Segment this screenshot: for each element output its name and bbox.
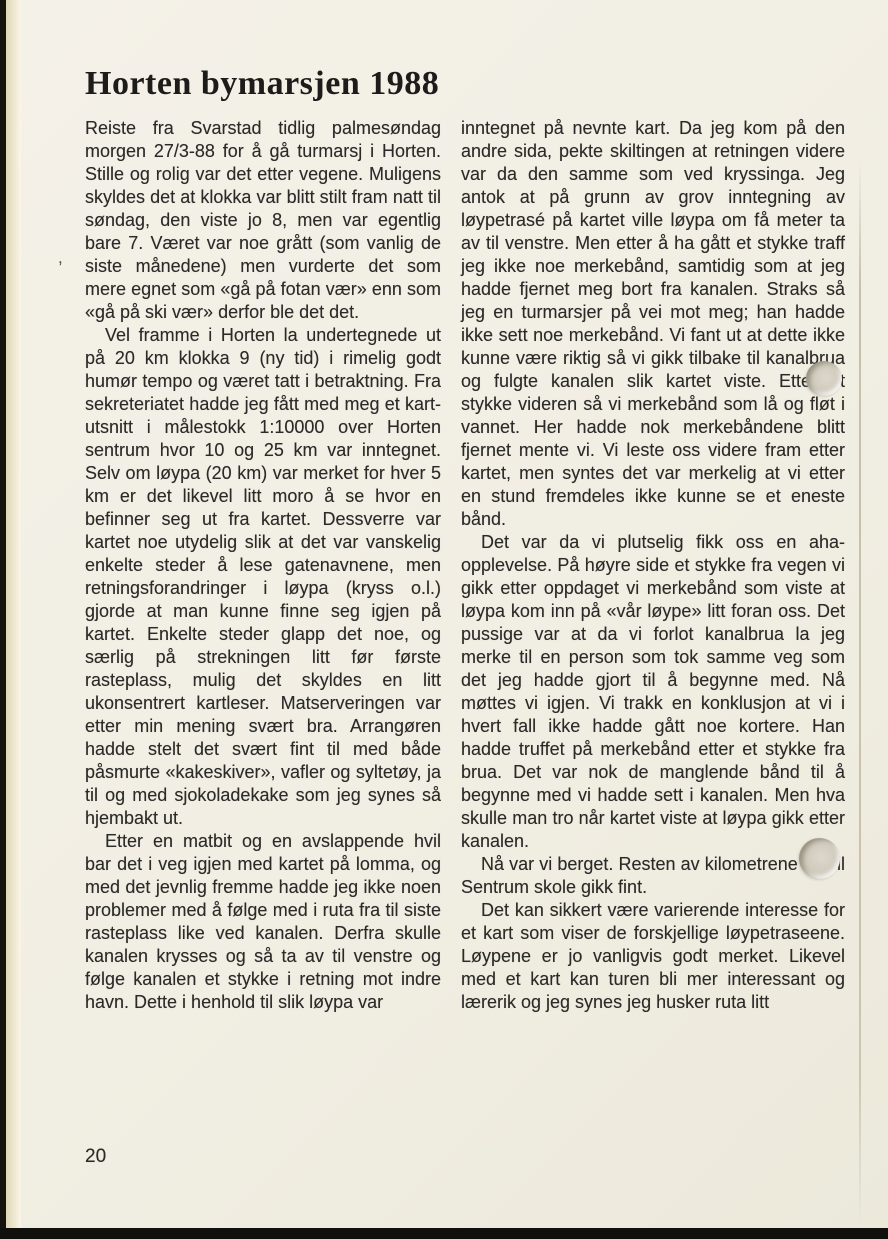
- scan-edge-left: [0, 0, 6, 1239]
- page-crease: [859, 160, 861, 1228]
- left-column: Reiste fra Svarstad tidlig palmesøndag m…: [85, 117, 441, 1014]
- page-number: 20: [85, 1146, 106, 1168]
- paragraph: Det kan sikkert være varierende interess…: [461, 899, 845, 1014]
- paragraph: Det var da vi plutselig fikk oss en aha-…: [461, 531, 845, 853]
- binder-hole-bottom: [799, 838, 840, 879]
- scan-artifact-mark: ,: [58, 248, 63, 268]
- paragraph: Reiste fra Svarstad tidlig palmesøndag m…: [85, 117, 441, 324]
- binder-hole-top: [806, 361, 842, 396]
- paragraph: Nå var vi berget. Resten av kilometrene …: [461, 853, 845, 899]
- right-column: inntegnet på nevnte kart. Da jeg kom på …: [461, 117, 845, 1014]
- page-stack-edge: [6, 0, 21, 1239]
- paragraph: Etter en matbit og en avslappende hvil b…: [85, 830, 441, 1014]
- paragraph: Vel framme i Horten la undertegnede ut p…: [85, 324, 441, 830]
- scan-edge-bottom: [0, 1228, 888, 1239]
- paragraph: inntegnet på nevnte kart. Da jeg kom på …: [461, 117, 845, 531]
- article-title: Horten bymarsjen 1988: [85, 65, 439, 103]
